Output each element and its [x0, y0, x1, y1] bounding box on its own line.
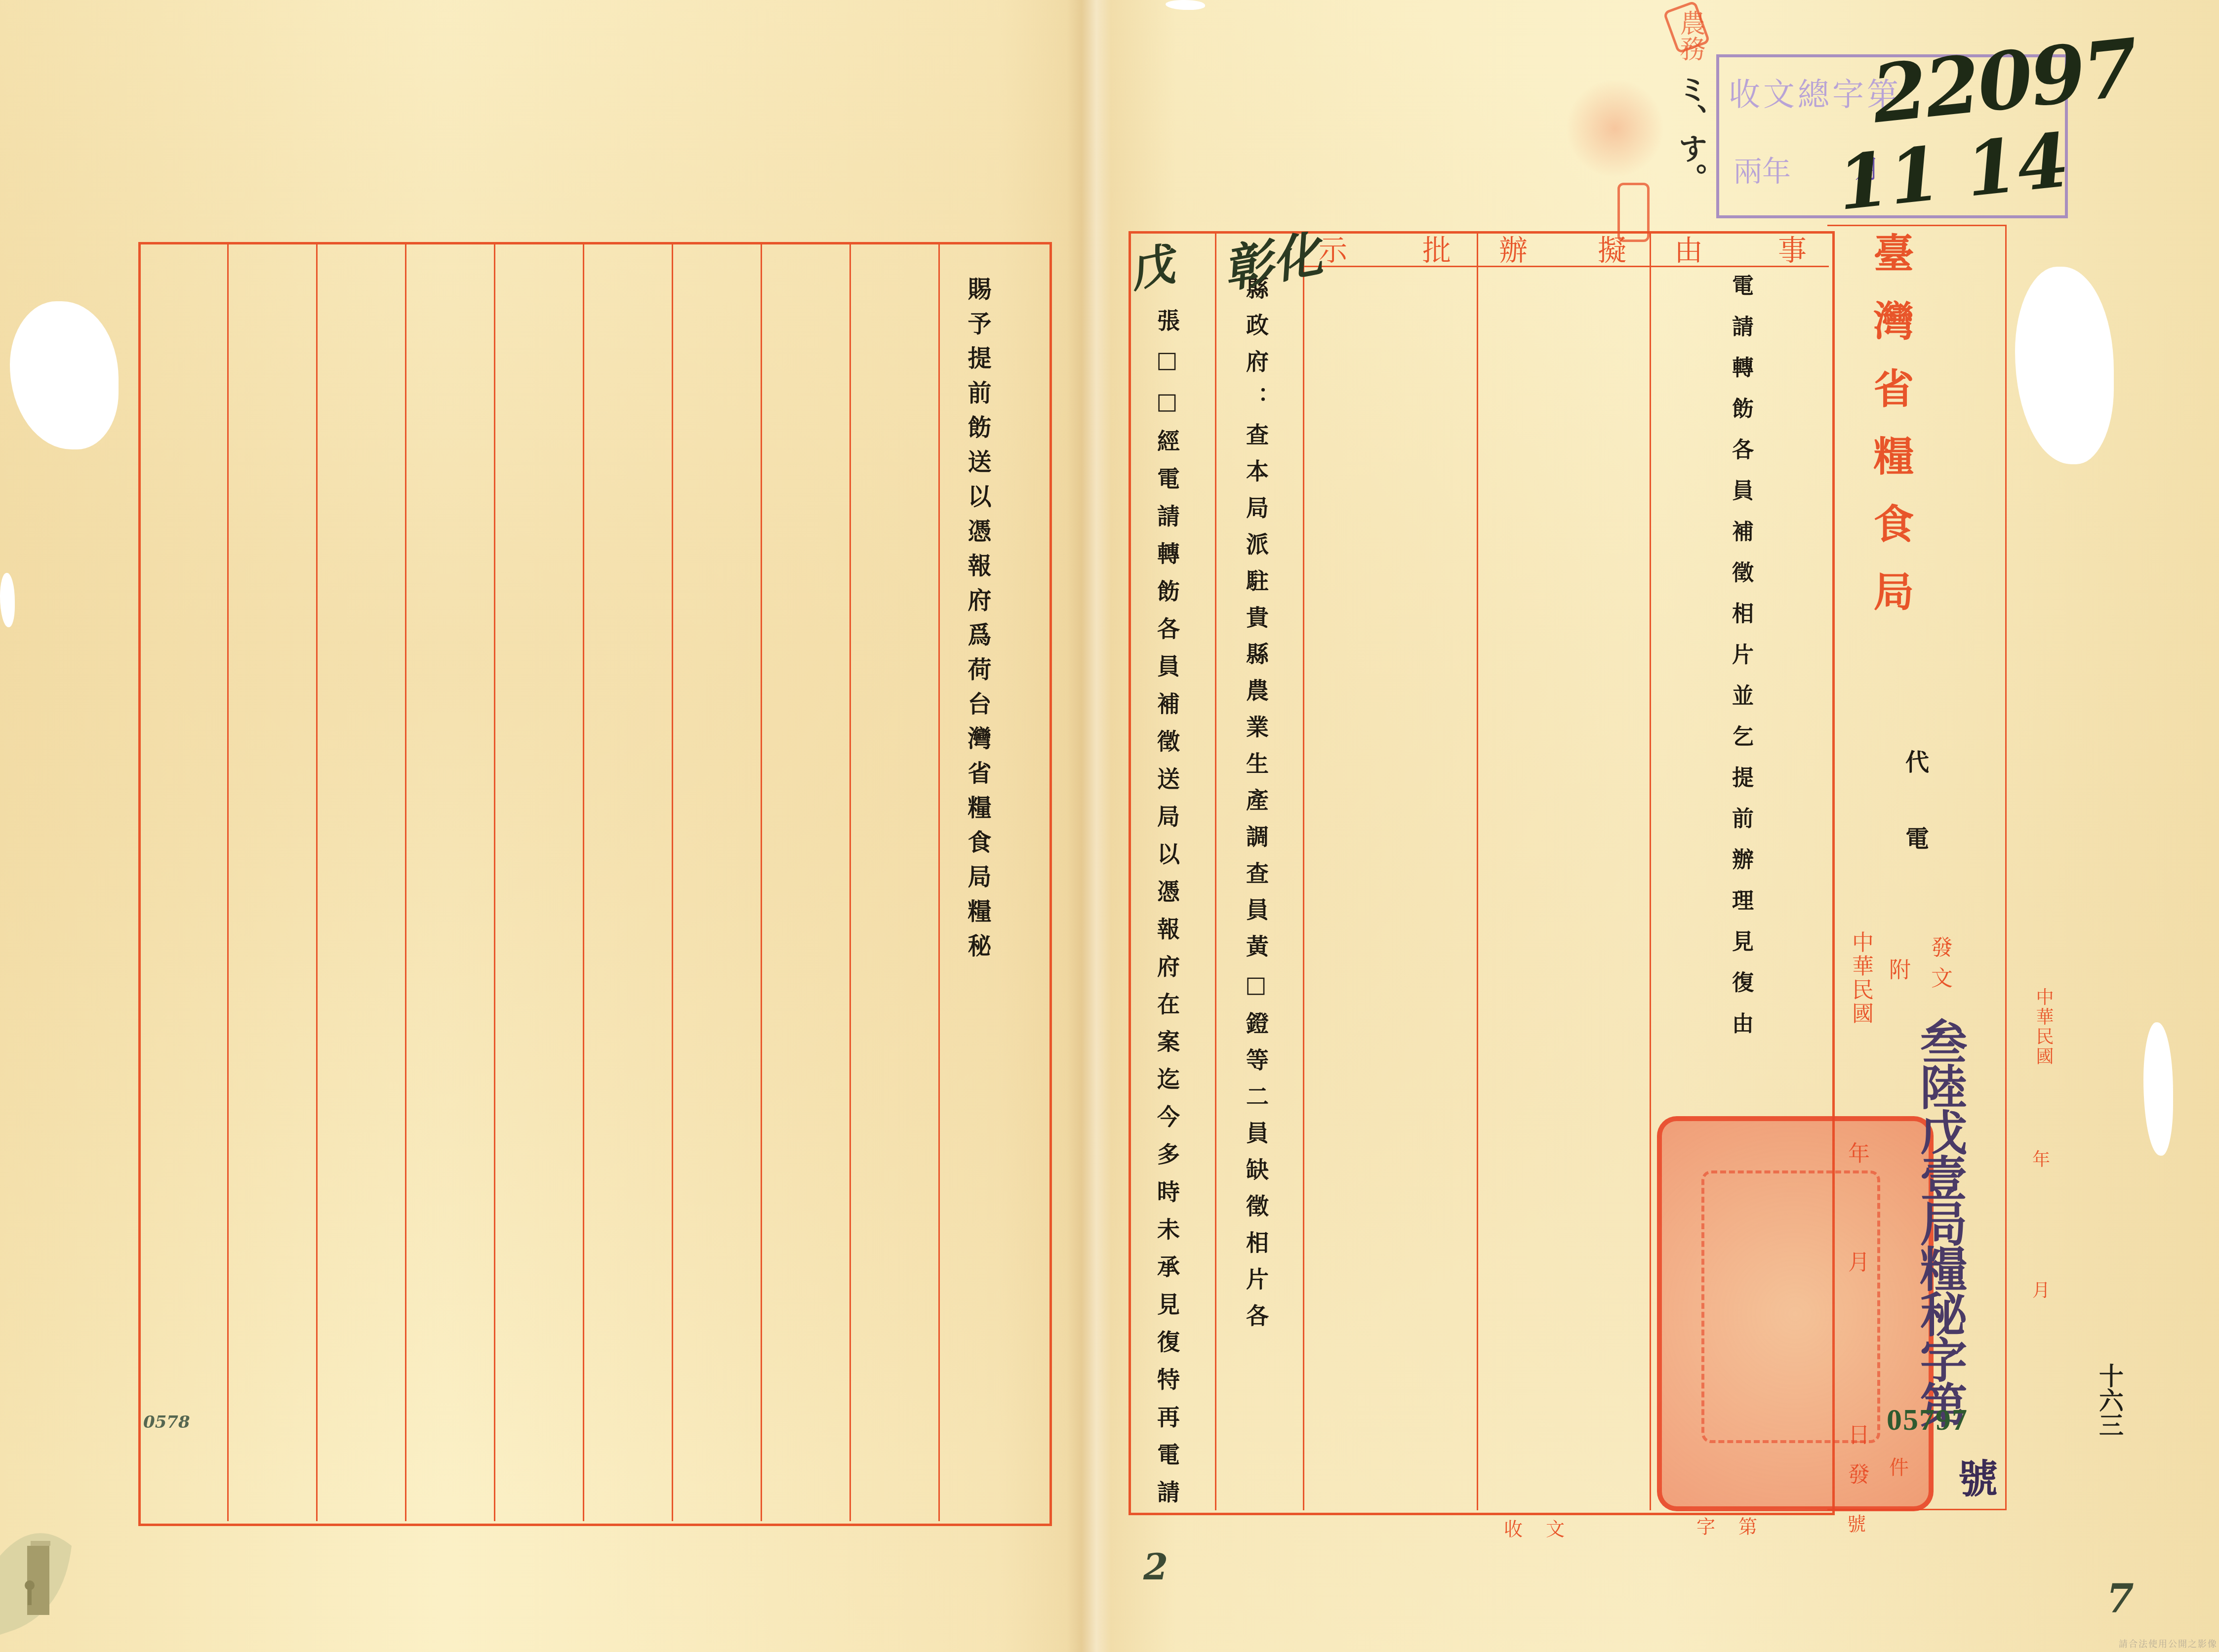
- bottom-center-note: 2: [1143, 1546, 1168, 1588]
- dispatch-label: 發文: [1924, 936, 1955, 997]
- receipt-label: 文: [1546, 1514, 1565, 1541]
- left-column-rule: [849, 243, 851, 1521]
- dept-stamp: 農務: [1672, 10, 1709, 61]
- receipt-stamp-date: 兩年: [1734, 148, 1791, 190]
- number-label: 號: [1847, 1509, 1866, 1536]
- header-subject-char: 事: [1778, 227, 1807, 269]
- left-column-rule: [494, 243, 495, 1521]
- header-row-rule: [1303, 266, 1829, 267]
- left-column-rule: [583, 243, 584, 1521]
- number-suffix: 號: [1958, 1447, 1998, 1504]
- right-column-rule: [1215, 232, 1216, 1510]
- center-fold: [1067, 0, 1111, 1652]
- body-column-1: 縣政府：查本局派駐貴縣農業生產調查員黃□鐙等二員缺徵相片各: [1240, 277, 1272, 1340]
- year-label-right: 年: [2032, 1146, 2050, 1171]
- char-no-label: 第: [1738, 1511, 1757, 1538]
- issuer-column-rule: [2005, 225, 2007, 1509]
- left-column-rule: [227, 243, 229, 1521]
- attachment-label: 附: [1882, 958, 1913, 980]
- header-subject-char: 由: [1674, 227, 1703, 269]
- doc-type-char: 代: [1905, 743, 1929, 777]
- right-column-rule: [1650, 232, 1651, 1510]
- era-label-right: 中華民國: [2031, 988, 2056, 1067]
- receipt-label: 收: [1504, 1514, 1523, 1541]
- right-column-rule: [1477, 232, 1478, 1510]
- archive-logo-icon: [0, 1511, 74, 1652]
- seal-inner-border: [1701, 1170, 1880, 1443]
- left-column-rule: [938, 243, 940, 1521]
- left-column-rule: [405, 243, 406, 1521]
- handwritten-note-top: ミ、す。: [1669, 74, 1712, 193]
- issuer-name: 臺灣省糧食局: [1862, 232, 1920, 638]
- doc-reference: 叁陸戊壹局糧秘字第: [1906, 1017, 1974, 1426]
- left-column-rule: [672, 243, 673, 1521]
- left-page-frame: [138, 242, 1052, 1526]
- right-column-rule: [1303, 232, 1304, 1510]
- bottom-right-note: 7: [2106, 1575, 2134, 1622]
- header-draft-char: 辦: [1499, 227, 1528, 269]
- left-column-rule: [316, 243, 318, 1521]
- usage-watermark: 請合法使用公開之影像: [2119, 1637, 2218, 1650]
- doc-type-char: 電: [1905, 820, 1929, 854]
- body-column-3: 賜予提前飭送以憑報府爲荷台灣省糧食局糧秘: [961, 277, 995, 968]
- right-margin-note: 十六三: [2092, 1363, 2127, 1437]
- doc-number: 05797: [1887, 1403, 1968, 1438]
- era-label-left: 中華民國: [1845, 931, 1876, 1026]
- piece-label: 件: [1889, 1452, 1909, 1480]
- body-column-2: 張□□經電請轉飭各員補徵送局以憑報府在案迄今多時未承見復特再電請: [1151, 309, 1183, 1518]
- faint-seal-mark: [1566, 79, 1664, 178]
- left-column-rule: [761, 243, 762, 1521]
- left-page-number: 0578: [143, 1412, 190, 1432]
- small-seal-stamp: [1617, 183, 1650, 242]
- subject-text: 電請轉飭各員補徵相片並乞提前辦理見復由: [1725, 274, 1756, 1053]
- header-approval-char: 批: [1422, 227, 1451, 269]
- char-no-label: 字: [1696, 1511, 1715, 1538]
- header-approval-char: 示: [1319, 227, 1347, 269]
- month-label-right: 月: [2032, 1277, 2050, 1302]
